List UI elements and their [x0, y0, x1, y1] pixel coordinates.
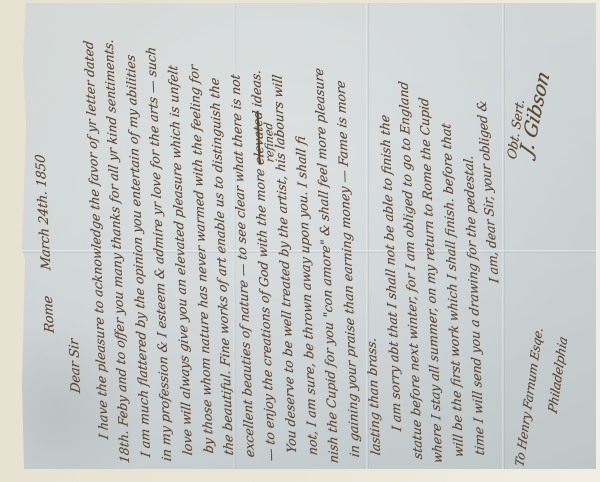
letter-sheet: RomeMarch 24th. 1850 Dear Sir I have the…	[22, 3, 596, 469]
address-city: Philadelphia	[545, 334, 570, 415]
letter-body: I have the pleasure to acknowledge the f…	[96, 5, 496, 465]
corrected-line-post: ideas.	[248, 68, 265, 112]
correction-group: elevatedrefined	[250, 110, 267, 166]
letter-content-rotated: RomeMarch 24th. 1850 Dear Sir I have the…	[22, 3, 596, 469]
dateline-date: March 24th. 1850	[33, 154, 54, 271]
salutation: Dear Sir	[67, 338, 84, 394]
address-recipient: To Henry Farnum Esqe.	[513, 325, 546, 468]
letter-line: lasting than brass.	[363, 336, 383, 456]
scanned-letter-page: { "letter": { "place": "Rome", "date": "…	[0, 0, 600, 482]
dateline-gap	[50, 271, 51, 297]
dateline-place: Rome	[41, 295, 58, 334]
dateline: RomeMarch 24th. 1850	[33, 154, 57, 334]
